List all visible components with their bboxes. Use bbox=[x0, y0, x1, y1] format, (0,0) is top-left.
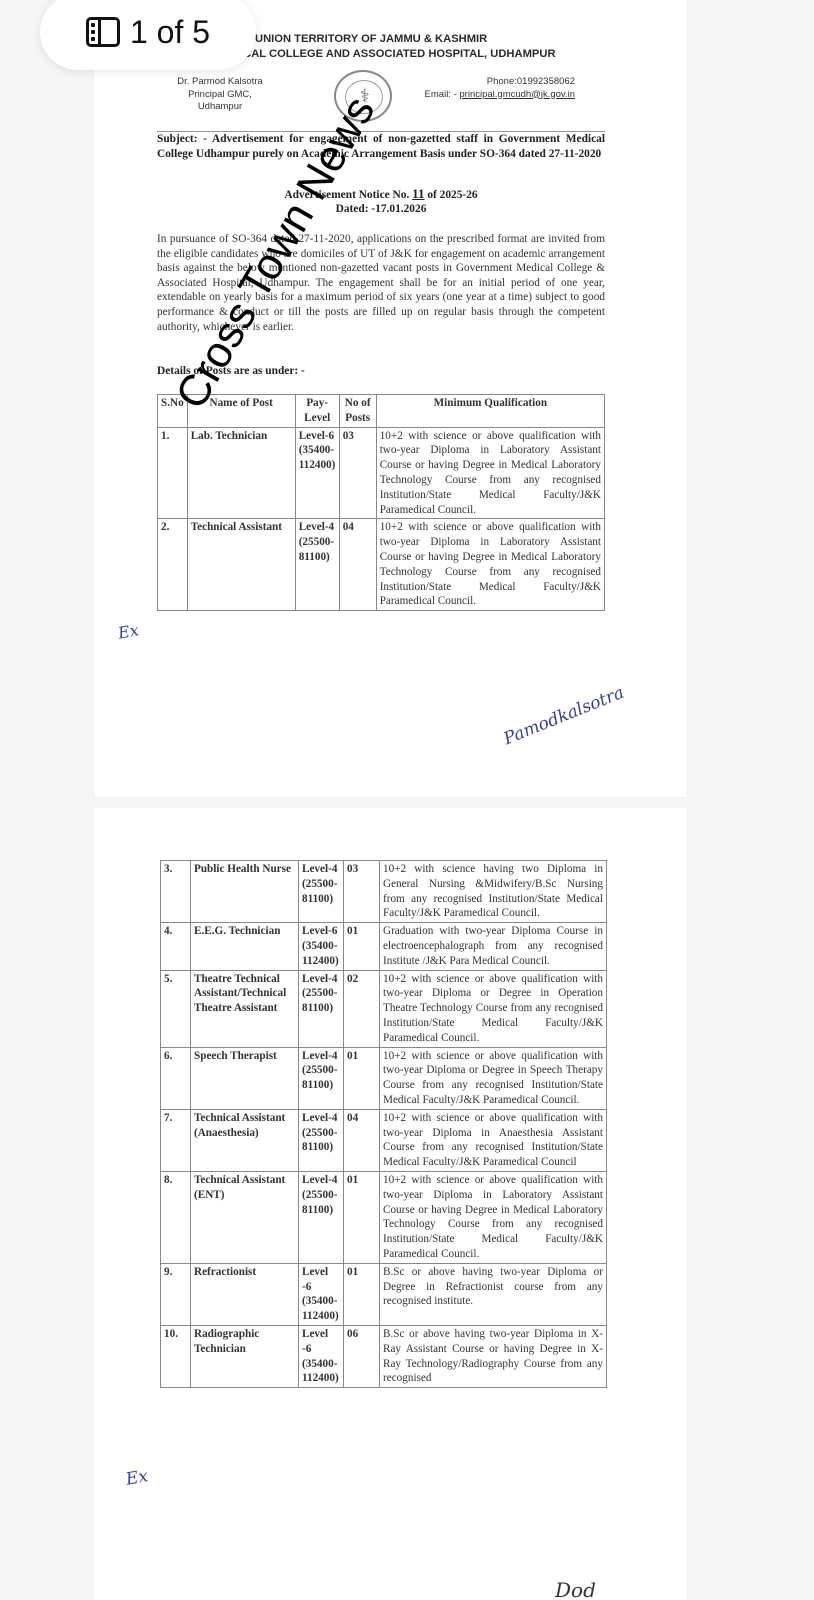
cell-pay-level: Level-4 (25500-81100) bbox=[299, 970, 344, 1047]
cell-pay-level: Level-4 (25500-81100) bbox=[299, 1171, 344, 1263]
cell-sno: 4. bbox=[161, 923, 191, 970]
notice-number: 11 bbox=[412, 186, 424, 201]
table-row: 5.Theatre Technical Assistant/Technical … bbox=[161, 970, 607, 1047]
cell-pay-level: Level -6 (35400-112400) bbox=[299, 1325, 344, 1387]
page-indicator-text: 1 of 5 bbox=[130, 14, 210, 51]
cell-pay-level: Level-4 (25500-81100) bbox=[295, 519, 339, 611]
cell-post-name: Speech Therapist bbox=[191, 1047, 299, 1109]
cell-num-posts: 01 bbox=[344, 1171, 380, 1263]
cell-sno: 2. bbox=[158, 519, 188, 611]
cell-qualification: B.Sc or above having two-year Diploma in… bbox=[380, 1325, 607, 1387]
cell-qualification: 10+2 with science or above qualification… bbox=[380, 1109, 607, 1171]
cell-num-posts: 04 bbox=[339, 519, 376, 611]
cell-num-posts: 02 bbox=[344, 970, 380, 1047]
table-row: 3.Public Health NurseLevel-4 (25500-8110… bbox=[161, 861, 607, 923]
principal-block: Dr. Parmod Kalsotra Principal GMC, Udham… bbox=[170, 76, 270, 114]
cell-num-posts: 06 bbox=[344, 1325, 380, 1387]
email-label: Email: - bbox=[425, 89, 460, 100]
initials-signature-page-2: Ex bbox=[124, 1466, 149, 1490]
cell-num-posts: 04 bbox=[344, 1109, 380, 1171]
header-posts: No of Posts bbox=[339, 395, 376, 428]
cell-post-name: Public Health Nurse bbox=[191, 861, 299, 923]
cell-pay-level: Level-6 (35400-112400) bbox=[295, 427, 339, 519]
header-pay: Pay-Level bbox=[295, 395, 339, 428]
cell-pay-level: Level -6 (35400-112400) bbox=[299, 1263, 344, 1325]
cell-pay-level: Level-6 (35400-112400) bbox=[299, 923, 344, 970]
cell-sno: 1. bbox=[158, 427, 188, 519]
cell-sno: 3. bbox=[161, 861, 191, 923]
cell-sno: 7. bbox=[161, 1109, 191, 1171]
page-indicator[interactable]: 1 of 5 bbox=[40, 0, 256, 70]
cell-qualification: Graduation with two-year Diploma Course … bbox=[380, 923, 607, 970]
email-link[interactable]: principal.gmcudh@jk.gov.in bbox=[459, 89, 575, 100]
posts-table-page-2: 3.Public Health NurseLevel-4 (25500-8110… bbox=[160, 860, 607, 1388]
cell-post-name: Radiographic Technician bbox=[191, 1325, 299, 1387]
table-row: 2.Technical AssistantLevel-4 (25500-8110… bbox=[158, 519, 605, 611]
phone: Phone:01992358062 bbox=[405, 76, 575, 89]
cell-qualification: B.Sc or above having two-year Diploma or… bbox=[380, 1263, 607, 1325]
contact-block: Phone:01992358062 Email: - principal.gmc… bbox=[405, 76, 575, 101]
initials-signature: Ex bbox=[117, 620, 141, 642]
cell-post-name: E.E.G. Technician bbox=[191, 923, 299, 970]
header-line-2: ICAL COLLEGE AND ASSOCIATED HOSPITAL, UD… bbox=[240, 48, 556, 60]
cell-num-posts: 01 bbox=[344, 1263, 380, 1325]
table-row: 9.RefractionistLevel -6 (35400-112400)01… bbox=[161, 1263, 607, 1325]
cell-qualification: 10+2 with science having two Diploma in … bbox=[380, 861, 607, 923]
cell-qualification: 10+2 with science or above qualification… bbox=[380, 970, 607, 1047]
table-row: 10.Radiographic TechnicianLevel -6 (3540… bbox=[161, 1325, 607, 1387]
cell-num-posts: 03 bbox=[339, 427, 376, 519]
cell-sno: 8. bbox=[161, 1171, 191, 1263]
cell-post-name: Lab. Technician bbox=[187, 427, 295, 519]
subject: Subject: - Advertisement for engagement … bbox=[157, 131, 605, 161]
table-header-row: S.No Name of Post Pay-Level No of Posts … bbox=[158, 395, 605, 428]
table-row: 6.Speech TherapistLevel-4 (25500-81100)0… bbox=[161, 1047, 607, 1109]
posts-table-page-1: S.No Name of Post Pay-Level No of Posts … bbox=[157, 394, 605, 611]
table-row: 4.E.E.G. TechnicianLevel-6 (35400-112400… bbox=[161, 923, 607, 970]
principal-place: Udhampur bbox=[170, 101, 270, 114]
cell-post-name: Technical Assistant bbox=[187, 519, 295, 611]
cell-num-posts: 01 bbox=[344, 1047, 380, 1109]
cell-num-posts: 03 bbox=[344, 861, 380, 923]
header-line-1: UNION TERRITORY OF JAMMU & KASHMIR bbox=[255, 33, 487, 45]
cell-pay-level: Level-4 (25500-81100) bbox=[299, 1047, 344, 1109]
table-row: 1.Lab. TechnicianLevel-6 (35400-112400)0… bbox=[158, 427, 605, 519]
principal-title: Principal GMC, bbox=[170, 89, 270, 102]
cell-sno: 10. bbox=[161, 1325, 191, 1387]
cell-qualification: 10+2 with science or above qualification… bbox=[380, 1047, 607, 1109]
cell-qualification: 10+2 with science or above qualification… bbox=[376, 427, 604, 519]
sidebar-toggle-icon[interactable] bbox=[86, 17, 120, 47]
principal-name: Dr. Parmod Kalsotra bbox=[170, 76, 270, 89]
partial-signature-page-2: Dod bbox=[555, 1578, 596, 1600]
cell-post-name: Theatre Technical Assistant/Technical Th… bbox=[191, 970, 299, 1047]
cell-post-name: Technical Assistant (ENT) bbox=[191, 1171, 299, 1263]
cell-qualification: 10+2 with science or above qualification… bbox=[380, 1171, 607, 1263]
cell-sno: 5. bbox=[161, 970, 191, 1047]
table-row: 7.Technical Assistant (Anaesthesia)Level… bbox=[161, 1109, 607, 1171]
cell-sno: 6. bbox=[161, 1047, 191, 1109]
notice-heading: Advertisement Notice No. 11 of 2025-26 D… bbox=[157, 187, 605, 216]
cell-post-name: Refractionist bbox=[191, 1263, 299, 1325]
table-row: 8.Technical Assistant (ENT)Level-4 (2550… bbox=[161, 1171, 607, 1263]
header-qualification: Minimum Qualification bbox=[376, 395, 604, 428]
cell-num-posts: 01 bbox=[344, 923, 380, 970]
cell-pay-level: Level-4 (25500-81100) bbox=[299, 861, 344, 923]
cell-sno: 9. bbox=[161, 1263, 191, 1325]
cell-pay-level: Level-4 (25500-81100) bbox=[299, 1109, 344, 1171]
cell-qualification: 10+2 with science or above qualification… bbox=[376, 519, 604, 611]
cell-post-name: Technical Assistant (Anaesthesia) bbox=[191, 1109, 299, 1171]
notice-date: Dated: -17.01.2026 bbox=[157, 202, 605, 216]
